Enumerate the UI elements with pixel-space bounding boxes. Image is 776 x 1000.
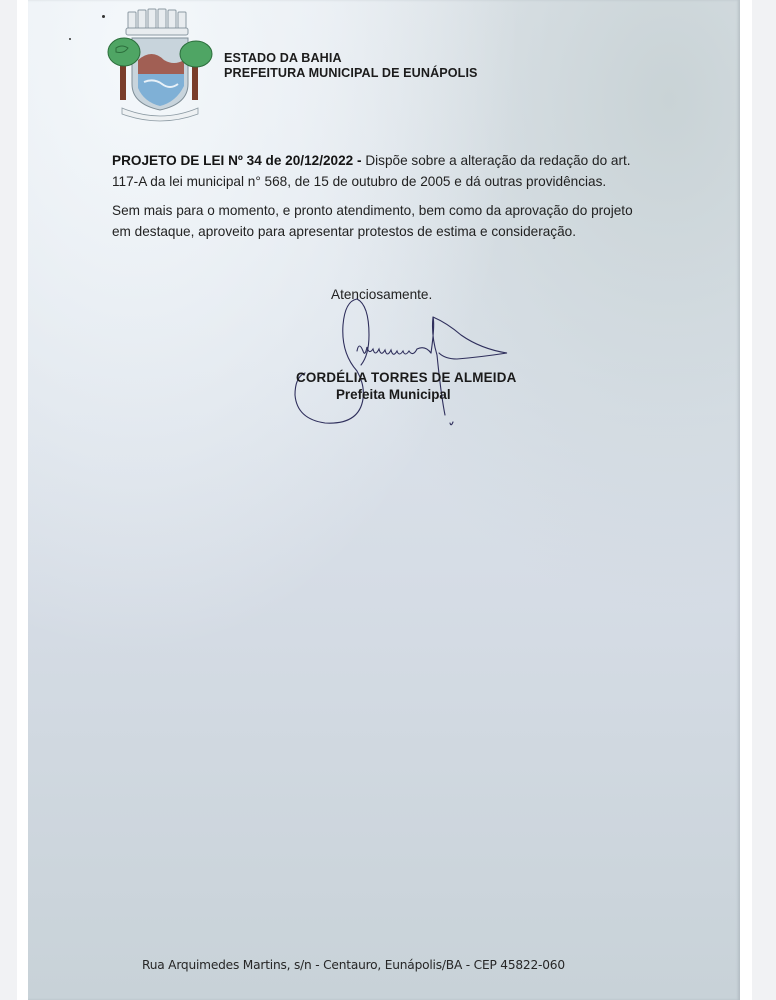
footer-address: Rua Arquimedes Martins, s/n - Centauro, … bbox=[142, 958, 565, 972]
bill-title: PROJETO DE LEI Nº 34 de 20/12/2022 bbox=[112, 153, 353, 168]
bill-description: Dispõe sobre a alteração da redação do a… bbox=[365, 153, 630, 168]
dust-speck bbox=[69, 38, 71, 40]
signature-icon bbox=[285, 295, 525, 435]
closing-paragraph-line: em destaque, aproveito para apresentar p… bbox=[112, 221, 672, 242]
coat-of-arms-icon bbox=[104, 4, 216, 122]
bill-separator: - bbox=[353, 153, 365, 168]
closing-paragraph-line: Sem mais para o momento, e pronto atendi… bbox=[112, 200, 672, 221]
signatory-title: Prefeita Municipal bbox=[336, 387, 451, 402]
bill-description-continued: 117-A da lei municipal n° 568, de 15 de … bbox=[112, 171, 672, 192]
signatory-name: CORDÉLIA TORRES DE ALMEIDA bbox=[296, 370, 516, 385]
closing-paragraph: Sem mais para o momento, e pronto atendi… bbox=[112, 200, 672, 242]
bill-paragraph: PROJETO DE LEI Nº 34 de 20/12/2022 - Dis… bbox=[112, 150, 672, 192]
state-name: ESTADO DA BAHIA bbox=[224, 51, 478, 66]
letterhead: ESTADO DA BAHIA PREFEITURA MUNICIPAL DE … bbox=[224, 51, 478, 81]
municipality-name: PREFEITURA MUNICIPAL DE EUNÁPOLIS bbox=[224, 66, 478, 81]
